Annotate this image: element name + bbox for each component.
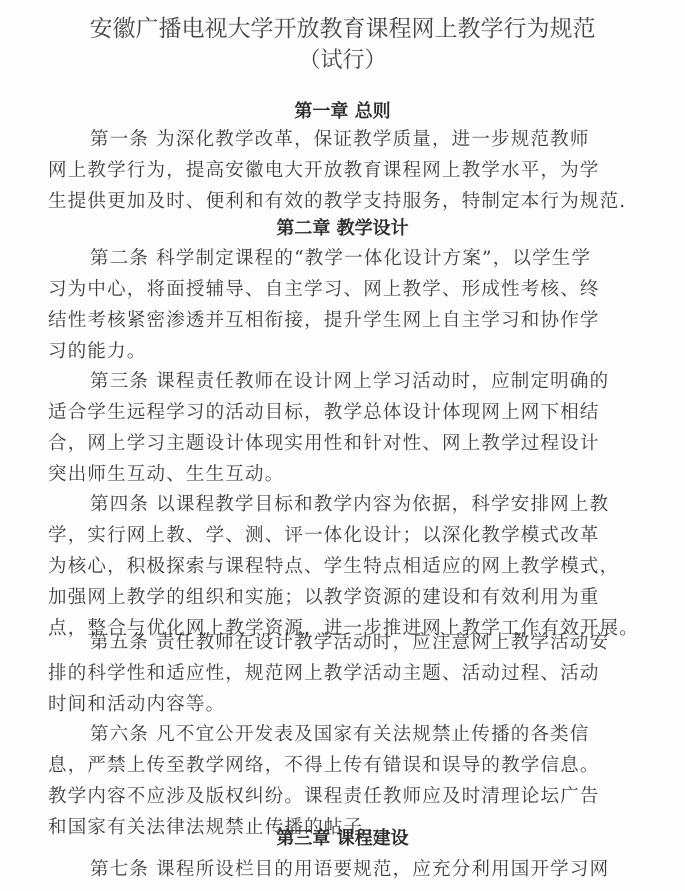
article-1-line-1: 第一条 为深化教学改革，保证教学质量，进一步规范教师 — [90, 125, 650, 151]
document-title: 安徽广播电视大学开放教育课程网上教学行为规范 — [0, 10, 685, 43]
article-5-line-1: 第五条 责任教师在设计教学活动时，应注意网上教学活动安 — [90, 628, 650, 654]
article-4-line-2: 学，实行网上教、学、测、评一体化设计；以深化教学模式改革 — [48, 521, 608, 547]
article-1-line-2: 网上教学行为，提高安徽电大开放教育课程网上教学水平，为学 — [48, 156, 608, 182]
article-2-line-4: 习的能力。 — [48, 337, 608, 363]
document-subtitle: （试行） — [0, 43, 685, 74]
article-5-line-3: 时间和活动内容等。 — [48, 690, 608, 716]
article-6-line-1: 第六条 凡不宜公开发表及国家有关法规禁止传播的各类信 — [90, 720, 650, 746]
article-3-line-2: 适合学生远程学习的活动目标，教学总体设计体现网上网下相结 — [48, 398, 608, 424]
article-3-line-1: 第三条 课程责任教师在设计网上学习活动时，应制定明确的 — [90, 367, 650, 393]
article-5-line-2: 排的科学性和适应性，规范网上教学活动主题、活动过程、活动 — [48, 659, 608, 685]
article-4-line-1: 第四条 以课程教学目标和教学内容为依据，科学安排网上教 — [90, 490, 650, 516]
document-page: 安徽广播电视大学开放教育课程网上教学行为规范 （试行） 第一章 总则 第一条 为… — [0, 0, 685, 891]
article-7-line-1: 第七条 课程所设栏目的用语要规范，应充分利用国开学习网 — [90, 855, 650, 881]
article-2-line-2: 习为中心，将面授辅导、自主学习、网上教学、形成性考核、终 — [48, 275, 608, 301]
article-6-line-2: 息，严禁上传至教学网络，不得上传有错误和误导的教学信息。 — [48, 751, 608, 777]
chapter-heading-3: 第三章 课程建设 — [0, 824, 685, 850]
article-6-line-3: 教学内容不应涉及版权纠纷。课程责任教师应及时清理论坛广告 — [48, 782, 608, 808]
chapter-heading-2: 第二章 教学设计 — [0, 214, 685, 240]
article-4-line-4: 加强网上教学的组织和实施；以教学资源的建设和有效利用为重 — [48, 583, 608, 609]
article-3-line-4: 突出师生互动、生生互动。 — [48, 460, 608, 486]
chapter-heading-1: 第一章 总则 — [0, 97, 685, 123]
article-2-line-1: 第二条 科学制定课程的“教学一体化设计方案”，以学生学 — [90, 244, 650, 270]
article-2-line-3: 结性考核紧密渗透并互相衔接，提升学生网上自主学习和协作学 — [48, 306, 608, 332]
article-4-line-3: 为核心，积极探索与课程特点、学生特点相适应的网上教学模式， — [48, 552, 608, 578]
article-3-line-3: 合，网上学习主题设计体现实用性和针对性、网上教学过程设计 — [48, 429, 608, 455]
article-1-line-3: 生提供更加及时、便利和有效的教学支持服务，特制定本行为规范. — [48, 187, 608, 213]
